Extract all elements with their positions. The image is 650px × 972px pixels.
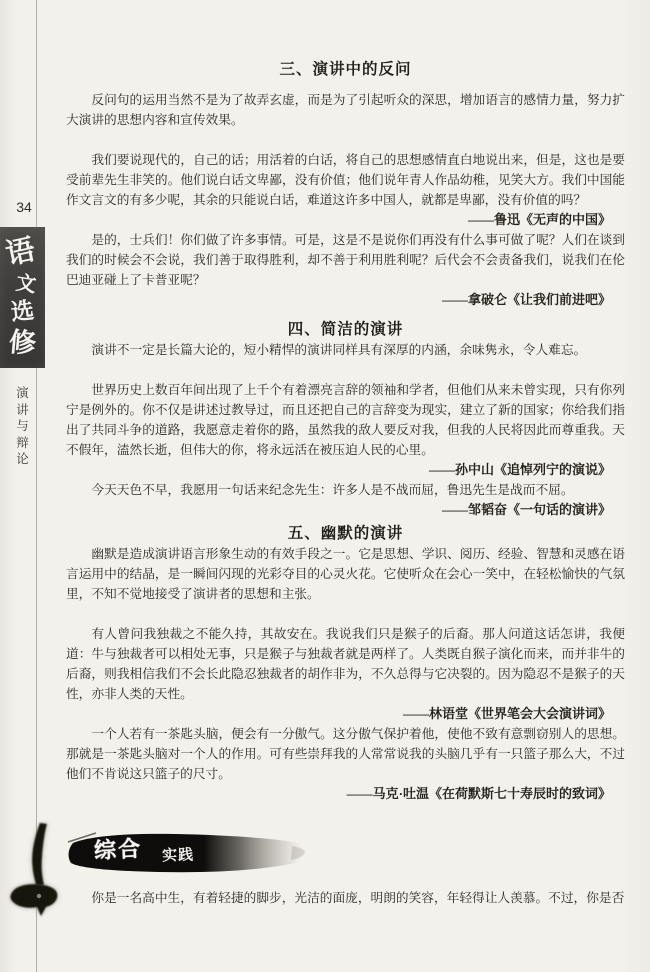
paragraph-gap bbox=[66, 360, 625, 380]
subject-title-char: 演 bbox=[0, 385, 45, 402]
subject-title-char: 讲 bbox=[0, 402, 45, 419]
quote-paragraph: 今天天色不早，我愿用一句话来纪念先生：许多人是不战而屈，鲁迅先生是战而不屈。 bbox=[66, 480, 625, 500]
practice-intro: 你是一名高中生，有着轻捷的脚步，光洁的面庞，明朗的笑容，年轻得让人羡慕。不过，你… bbox=[66, 888, 625, 908]
textbook-page: 34 语 文 选 修 演 讲 与 辩 论 三、演讲中的反问 反问句的运用当然不是… bbox=[0, 0, 650, 972]
quote-attribution: ——鲁迅《无声的中国》 bbox=[66, 210, 625, 230]
quote-paragraph: 世界历史上数百年间出现了上千个有着漂亮言辞的领袖和学者，但他们从来未曾实现，只有… bbox=[66, 380, 625, 460]
section-intro: 演讲不一定是长篇大论的，短小精悍的演讲同样具有深厚的内涵，余味隽永，令人难忘。 bbox=[66, 340, 625, 360]
ink-brush-icon bbox=[6, 820, 62, 920]
quote-paragraph: 我们要说现代的，自己的话；用活着的白话，将自己的思想感情直白地说出来，但是，这也… bbox=[66, 150, 625, 210]
series-title-char: 选 bbox=[10, 299, 35, 324]
subject-title-char: 与 bbox=[0, 418, 45, 435]
series-title-char: 文 bbox=[14, 273, 37, 296]
series-title-block: 语 文 选 修 bbox=[0, 227, 45, 368]
series-title-char: 语 bbox=[3, 236, 37, 270]
quote-paragraph: 有人曾问我独裁之不能久持，其故安在。我说我们只是猴子的后裔。那人问道这话怎讲，我… bbox=[66, 624, 625, 704]
series-title-char: 修 bbox=[8, 329, 37, 358]
section-intro: 幽默是造成演讲语言形象生动的有效手段之一。它是思想、学识、阅历、经验、智慧和灵感… bbox=[66, 544, 625, 604]
quote-paragraph: 是的，士兵们！你们做了许多事情。可是，这是不是说你们再没有什么事可做了呢？人们在… bbox=[66, 230, 625, 290]
paragraph-gap bbox=[66, 604, 625, 624]
banner-title-primary: 综合 bbox=[93, 832, 143, 865]
quote-attribution: ——邹韬奋《一句话的演讲》 bbox=[66, 500, 625, 520]
main-content: 三、演讲中的反问 反问句的运用当然不是为了故弄玄虚，而是为了引起听众的深思，增加… bbox=[66, 60, 625, 908]
subject-title-char: 论 bbox=[0, 451, 45, 468]
practice-banner: 综合 实践 bbox=[66, 830, 306, 874]
subject-title-vertical: 演 讲 与 辩 论 bbox=[0, 385, 45, 468]
paragraph-gap bbox=[66, 130, 625, 150]
page-number: 34 bbox=[12, 199, 36, 215]
section-intro: 反问句的运用当然不是为了故弄玄虚，而是为了引起听众的深思，增加语言的感情力量，努… bbox=[66, 90, 625, 130]
section-heading: 三、演讲中的反问 bbox=[66, 60, 625, 80]
banner-title-secondary: 实践 bbox=[162, 843, 195, 865]
section-heading: 四、简洁的演讲 bbox=[66, 320, 625, 340]
quote-attribution: ——林语堂《世界笔会大会演讲词》 bbox=[66, 704, 625, 724]
subject-title-char: 辩 bbox=[0, 435, 45, 452]
quote-attribution: ——拿破仑《让我们前进吧》 bbox=[66, 290, 625, 310]
quote-paragraph: 一个人若有一茶匙头脑，便会有一分傲气。这分傲气保护着他，使他不致有意剽窃别人的思… bbox=[66, 724, 625, 784]
quote-attribution: ——孙中山《追悼列宁的演说》 bbox=[66, 460, 625, 480]
quote-attribution: ——马克·吐温《在荷默斯七十寿辰时的致词》 bbox=[66, 784, 625, 804]
section-heading: 五、幽默的演讲 bbox=[66, 524, 625, 544]
